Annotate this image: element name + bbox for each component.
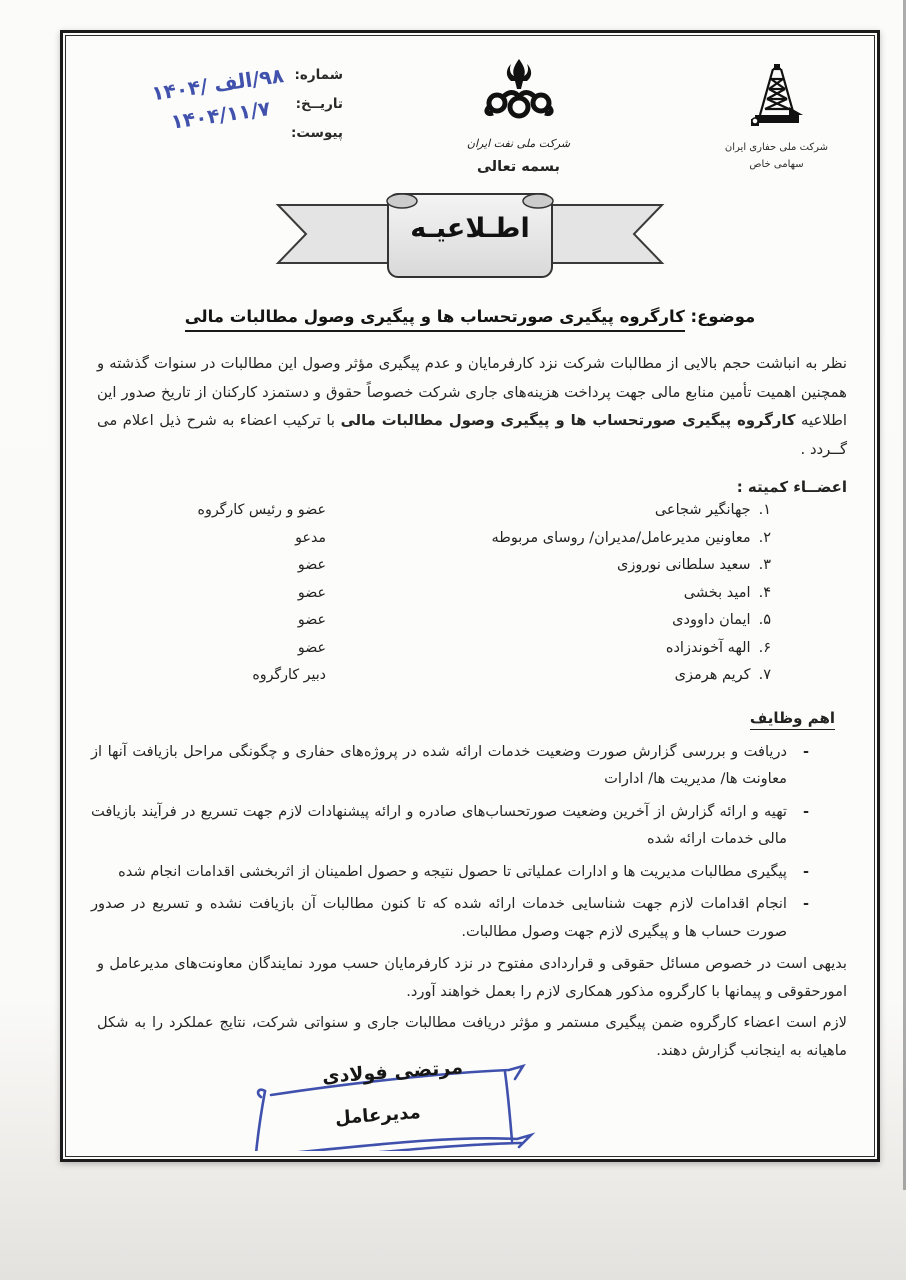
member-row: ۲.معاونین مدیرعامل/مدیران/ روسای مربوطه …: [81, 530, 771, 558]
committee-heading: اعضــاء کمیته :: [81, 478, 847, 496]
announcement-ribbon: اطـلاعیـه: [270, 189, 670, 281]
duty-bullet-dash: -: [803, 858, 809, 886]
signature-block: مرتضی فولادی مدیرعامل: [201, 1053, 581, 1151]
member-number: ۱.: [759, 502, 771, 518]
number-label: شماره:: [294, 67, 343, 83]
duties-list: - دریافت و بررسی گزارش صورت وضعیت خدمات …: [91, 738, 811, 946]
member-role: عضو: [81, 585, 326, 601]
committee-member-list: ۱.جهانگیر شجاعی عضو و رئیس کارگروه ۲.معا…: [81, 502, 771, 695]
attachment-label: پیوست:: [291, 125, 343, 141]
date-field-row: تاریــخ: ۱۴۰۴/۱۱/۷: [81, 96, 343, 125]
letterhead: شرکت ملی حفاری ایران سهامی خاص: [81, 51, 859, 175]
member-row: ۴.امید بخشی عضو: [81, 585, 771, 613]
member-row: ۵.ایمان داوودی عضو: [81, 612, 771, 640]
member-number: ۴.: [759, 585, 771, 601]
member-role: مدعو: [81, 530, 326, 546]
nioc-calligraphy-caption: شرکت ملی نفت ایران: [343, 137, 694, 150]
member-name: کریم هرمزی: [675, 667, 751, 683]
duty-text: پیگیری مطالبات مدیریت ها و ادارات عملیات…: [118, 863, 787, 880]
member-role: عضو: [81, 612, 326, 628]
duties-heading: اهم وظایف: [750, 709, 835, 730]
duty-bullet-dash: -: [803, 798, 809, 826]
document-content: شرکت ملی حفاری ایران سهامی خاص: [81, 41, 859, 1151]
drilling-company-type: سهامی خاص: [694, 156, 859, 173]
subject-text: کارگروه پیگیری صورتحساب ها و پیگیری وصول…: [185, 307, 685, 332]
subject-line: موضوع: کارگروه پیگیری صورتحساب ها و پیگی…: [81, 307, 859, 326]
member-row: ۷.کریم هرمزی دبیر کارگروه: [81, 667, 771, 695]
member-name: جهانگیر شجاعی: [655, 502, 751, 518]
duty-text: انجام اقدامات لازم جهت شناسایی خدمات ارا…: [91, 895, 787, 940]
intro-paragraph: نظر به انباشت حجم بالایی از مطالبات شرکت…: [97, 350, 847, 464]
member-role: عضو و رئیس کارگروه: [81, 502, 326, 518]
drilling-company-name: شرکت ملی حفاری ایران: [694, 139, 859, 156]
member-name: امید بخشی: [684, 585, 751, 601]
member-role: دبیر کارگروه: [81, 667, 326, 683]
center-emblem-block: شرکت ملی نفت ایران بسمه تعالی: [343, 51, 694, 175]
number-field-row: شماره: ۹۸/الف /۱۴۰۴: [81, 67, 343, 96]
duty-text: دریافت و بررسی گزارش صورت وضعیت خدمات ار…: [91, 743, 787, 788]
reference-fields: شماره: ۹۸/الف /۱۴۰۴ تاریــخ: ۱۴۰۴/۱۱/۷ پ…: [81, 51, 343, 154]
member-number: ۳.: [759, 557, 771, 573]
member-name: سعید سلطانی نوروزی: [617, 557, 751, 573]
member-number: ۲.: [759, 530, 771, 546]
subject-label: موضوع:: [685, 307, 755, 326]
date-label: تاریــخ:: [296, 96, 343, 112]
duty-item: - تهیه و ارائه گزارش از آخرین وضعیت صورت…: [91, 798, 811, 853]
duty-bullet-dash: -: [803, 738, 809, 766]
drilling-rig-icon: [745, 120, 809, 139]
member-number: ۷.: [759, 667, 771, 683]
member-role: عضو: [81, 557, 326, 573]
member-row: ۱.جهانگیر شجاعی عضو و رئیس کارگروه: [81, 502, 771, 530]
document-frame: شرکت ملی حفاری ایران سهامی خاص: [60, 30, 880, 1162]
duty-bullet-dash: -: [803, 890, 809, 918]
member-role: عضو: [81, 640, 326, 656]
member-name: الهه آخوندزاده: [666, 640, 751, 656]
member-number: ۵.: [759, 612, 771, 628]
attachment-field-row: پیوست:: [81, 125, 343, 154]
member-row: ۳.سعید سلطانی نوروزی عضو: [81, 557, 771, 585]
member-number: ۶.: [759, 640, 771, 656]
drilling-company-block: شرکت ملی حفاری ایران سهامی خاص: [694, 51, 859, 173]
announcement-title: اطـلاعیـه: [388, 213, 552, 244]
closing-paragraph-1: بدیهی است در خصوص مسائل حقوقی و قراردادی…: [97, 950, 847, 1005]
duty-item: - انجام اقدامات لازم جهت شناسایی خدمات ا…: [91, 890, 811, 945]
duty-text: تهیه و ارائه گزارش از آخرین وضعیت صورتحس…: [91, 803, 787, 848]
duty-item: - پیگیری مطالبات مدیریت ها و ادارات عملی…: [91, 858, 811, 886]
member-row: ۶.الهه آخوندزاده عضو: [81, 640, 771, 668]
besmeh-taali-text: بسمه تعالی: [343, 159, 694, 175]
member-name: ایمان داوودی: [672, 612, 750, 628]
nioc-flame-logo-icon: [481, 116, 557, 135]
duty-item: - دریافت و بررسی گزارش صورت وضعیت خدمات …: [91, 738, 811, 793]
member-name: معاونین مدیرعامل/مدیران/ روسای مربوطه: [492, 530, 751, 546]
intro-bold-phrase: کارگروه پیگیری صورتحساب ها و پیگیری وصول…: [341, 412, 796, 429]
